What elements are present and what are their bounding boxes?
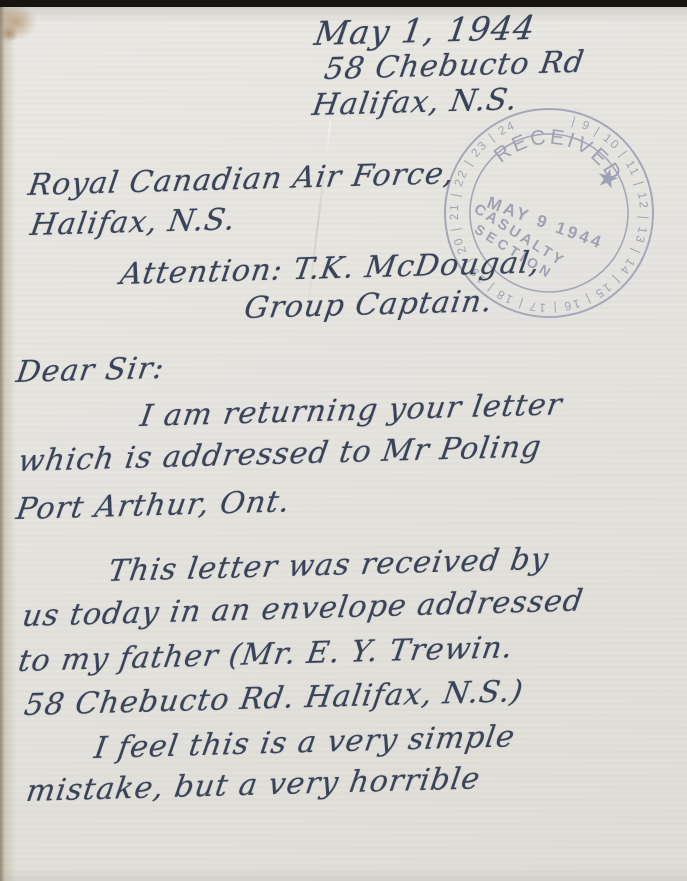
letter-page: May 1, 1944 58 Chebucto Rd Halifax, N.S.… [0, 0, 687, 881]
body-line: to my father (Mr. E. Y. Trewin. [16, 630, 516, 679]
body-line: which is addressed to Mr Poling [16, 429, 544, 479]
body-line: mistake, but a very horrible [24, 761, 483, 809]
recipient-line: Royal Canadian Air Force, [26, 156, 457, 203]
body-line: I feel this is a very simple [92, 719, 518, 766]
attention-line: Group Captain. [242, 284, 495, 326]
body-line: 58 Chebucto Rd. Halifax, N.S.) [22, 674, 526, 723]
recipient-line: Halifax, N.S. [28, 202, 238, 243]
body-line: Port Arthur, Ont. [14, 484, 293, 527]
salutation: Dear Sir: [14, 351, 167, 390]
body-line: I am returning your letter [138, 387, 565, 434]
body-line: This letter was received by [106, 542, 551, 589]
body-line: us today in an envelope addressed [20, 583, 586, 634]
scan-edge-top [0, 0, 687, 7]
sender-address-line: 58 Chebucto Rd [322, 45, 587, 87]
